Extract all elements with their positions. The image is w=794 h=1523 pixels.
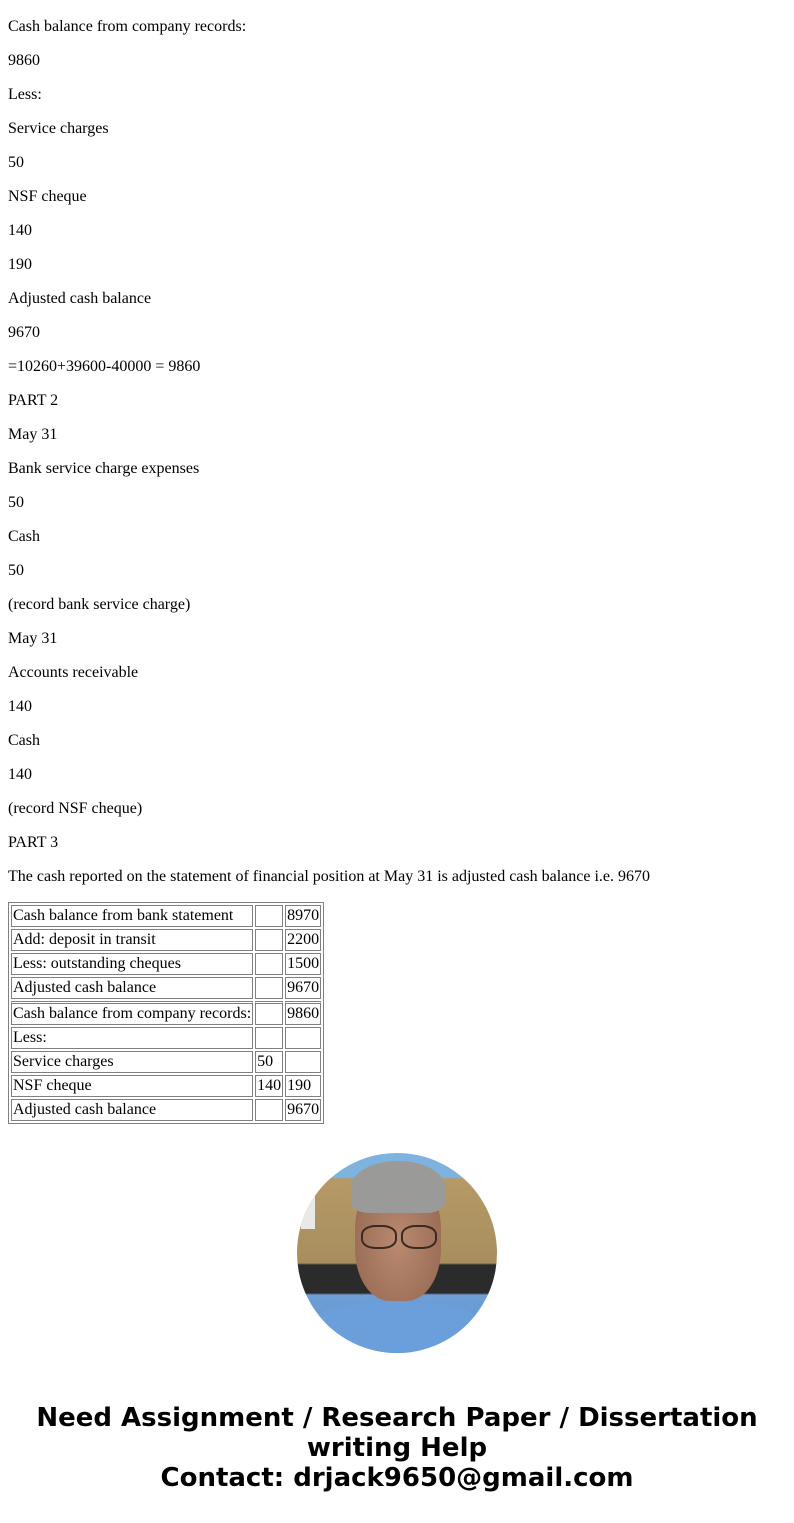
table-row: Cash balance from bank statement 8970 <box>11 905 321 927</box>
table-row: Cash balance from company records: 9860 <box>11 1001 321 1025</box>
row-label: Less: <box>11 1027 253 1049</box>
table-row: Adjusted cash balance 9670 <box>11 977 321 999</box>
row-subamount: 50 <box>255 1051 283 1073</box>
bank-reconciliation-table: Cash balance from bank statement 8970 Ad… <box>8 902 324 1124</box>
row-amount: 2200 <box>285 929 321 951</box>
table-row: Adjusted cash balance 9670 <box>11 1099 321 1121</box>
promo-line-1: Need Assignment / Research Paper / Disse… <box>0 1403 794 1433</box>
row-amount: 9670 <box>285 977 321 999</box>
paragraph: 9670 <box>8 0 786 2</box>
table-row: Less: outstanding cheques 1500 <box>11 953 321 975</box>
journal-amount: 50 <box>8 562 786 580</box>
avatar-hair <box>351 1161 445 1213</box>
formula-line: =10260+39600-40000 = 9860 <box>8 358 786 376</box>
journal-amount: 50 <box>8 494 786 512</box>
row-amount: 8970 <box>285 905 321 927</box>
row-label: Service charges <box>11 1051 253 1073</box>
row-subamount <box>255 977 283 999</box>
row-amount <box>285 1051 321 1073</box>
row-label: Add: deposit in transit <box>11 929 253 951</box>
glasses-icon <box>361 1225 397 1249</box>
journal-account: Cash <box>8 528 786 546</box>
row-label: Adjusted cash balance <box>11 1099 253 1121</box>
row-label: Adjusted cash balance <box>11 977 253 999</box>
paragraph: Less: <box>8 86 786 104</box>
row-amount: 190 <box>285 1075 321 1097</box>
row-subamount <box>255 1099 283 1121</box>
row-amount: 1500 <box>285 953 321 975</box>
row-subamount <box>255 905 283 927</box>
avatar-shirt <box>307 1303 487 1353</box>
journal-date: May 31 <box>8 426 786 444</box>
journal-account: Bank service charge expenses <box>8 460 786 478</box>
row-amount <box>285 1027 321 1049</box>
paragraph: 190 <box>8 256 786 274</box>
paragraph: NSF cheque <box>8 188 786 206</box>
paragraph: 50 <box>8 154 786 172</box>
paragraph: Adjusted cash balance <box>8 290 786 308</box>
journal-account: Cash <box>8 732 786 750</box>
row-subamount <box>255 929 283 951</box>
conclusion-text: The cash reported on the statement of fi… <box>8 868 786 886</box>
section-heading-part-2: PART 2 <box>8 392 786 410</box>
journal-memo: (record bank service charge) <box>8 596 786 614</box>
row-amount: 9670 <box>285 1099 321 1121</box>
promo-contact: Contact: drjack9650@gmail.com <box>0 1463 794 1493</box>
row-subamount: 140 <box>255 1075 283 1097</box>
row-subamount <box>255 1001 283 1025</box>
row-label: NSF cheque <box>11 1075 253 1097</box>
journal-memo: (record NSF cheque) <box>8 800 786 818</box>
row-label: Cash balance from company records: <box>11 1001 253 1025</box>
table-row: Service charges 50 <box>11 1051 321 1073</box>
table-row: Add: deposit in transit 2200 <box>11 929 321 951</box>
table-row: NSF cheque 140 190 <box>11 1075 321 1097</box>
row-label: Less: outstanding cheques <box>11 953 253 975</box>
promo-banner: Need Assignment / Research Paper / Disse… <box>0 1403 794 1493</box>
journal-amount: 140 <box>8 698 786 716</box>
glasses-icon <box>401 1225 437 1249</box>
journal-date: May 31 <box>8 630 786 648</box>
paragraph: 9670 <box>8 324 786 342</box>
journal-account: Accounts receivable <box>8 664 786 682</box>
section-heading-part-3: PART 3 <box>8 834 786 852</box>
table-row: Less: <box>11 1027 321 1049</box>
avatar-background-detail <box>301 1195 315 1229</box>
document-body: 9670 Cash balance from company records: … <box>8 0 786 1124</box>
row-label: Cash balance from bank statement <box>11 905 253 927</box>
paragraph: 9860 <box>8 52 786 70</box>
paragraph: Service charges <box>8 120 786 138</box>
paragraph: Cash balance from company records: <box>8 18 786 36</box>
author-avatar <box>297 1153 497 1353</box>
paragraph: 140 <box>8 222 786 240</box>
row-amount: 9860 <box>285 1001 321 1025</box>
promo-line-2: writing Help <box>0 1433 794 1463</box>
row-subamount <box>255 1027 283 1049</box>
journal-amount: 140 <box>8 766 786 784</box>
row-subamount <box>255 953 283 975</box>
